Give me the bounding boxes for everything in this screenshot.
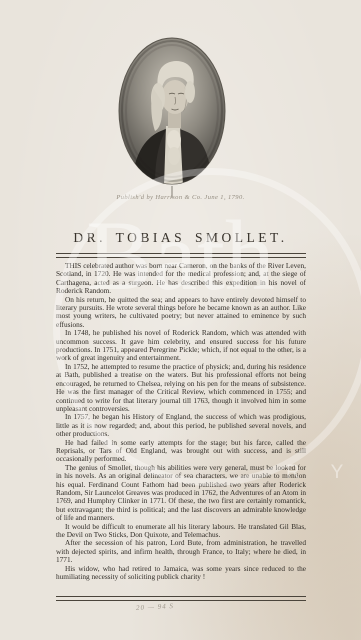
double-rule-top bbox=[56, 253, 306, 258]
paragraph: In 1748, he published his novel of Roder… bbox=[56, 329, 306, 363]
paragraph: His widow, who had retired to Jamaica, w… bbox=[56, 565, 306, 582]
scanned-document-page: Publish'd by Harrison & Co. June 1, 1790… bbox=[0, 0, 361, 640]
paragraph: In 1757, he began his History of England… bbox=[56, 413, 306, 438]
pencil-annotation: 20 — 94 S bbox=[136, 602, 174, 612]
portrait-oval-icon bbox=[117, 36, 227, 186]
page-title: DR. TOBIAS SMOLLET. bbox=[0, 230, 361, 246]
portrait-engraving bbox=[117, 36, 227, 186]
paragraph: He had failed in some early attempts for… bbox=[56, 439, 306, 464]
paragraph: In 1752, he attempted to resume the prac… bbox=[56, 363, 306, 413]
paragraph: THIS celebrated author was born near Cam… bbox=[56, 262, 306, 296]
biography-text: THIS celebrated author was born near Cam… bbox=[56, 262, 306, 592]
paragraph: The genius of Smollet, though his abilit… bbox=[56, 464, 306, 523]
paragraph: On his return, he quitted the sea; and a… bbox=[56, 296, 306, 330]
publisher-imprint: Publish'd by Harrison & Co. June 1, 1790… bbox=[0, 194, 361, 201]
paragraph: After the secession of his patron, Lord … bbox=[56, 539, 306, 564]
paragraph: It would be difficult to enumerate all h… bbox=[56, 523, 306, 540]
double-rule-bottom bbox=[56, 596, 306, 601]
